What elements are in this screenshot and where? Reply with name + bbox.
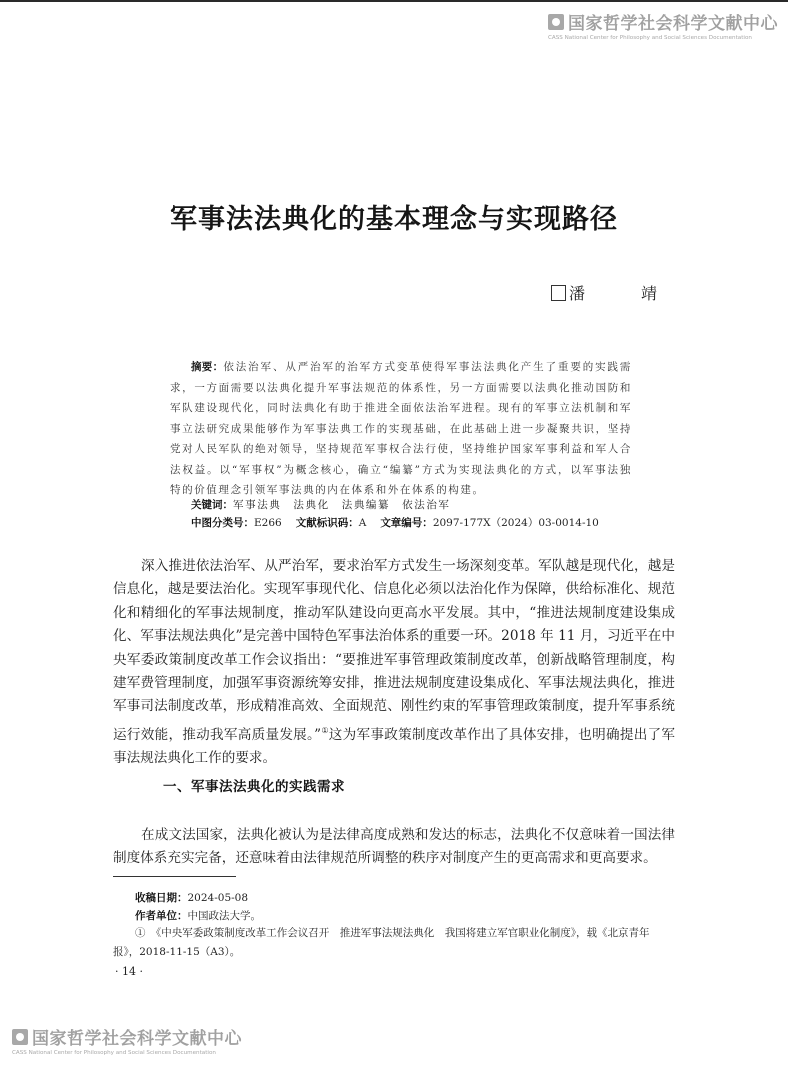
keyword: 法典编纂 — [342, 499, 390, 511]
watermark-en-text: CASS National Center for Philosophy and … — [12, 1050, 242, 1056]
abstract-label: 摘要： — [191, 361, 223, 373]
article-title: 军事法法典化的基本理念与实现路径 — [0, 197, 788, 236]
keyword: 军事法典 — [233, 499, 281, 511]
received-value: 2024-05-08 — [188, 892, 249, 904]
cass-logo-icon — [12, 1029, 28, 1045]
article-no-label: 文章编号： — [380, 517, 433, 529]
affiliation-label: 作者单位： — [135, 910, 188, 922]
section-heading-1: 一、军事法法典化的实践需求 — [163, 775, 345, 795]
body-paragraph-2: 在成文法国家，法典化被认为是法律高度成熟和发达的标志，法典化不仅意味着一国法律制… — [113, 824, 675, 871]
keywords-label: 关键词： — [191, 499, 233, 511]
clc-value: E266 — [254, 517, 282, 529]
watermark-en-text: CASS National Center for Philosophy and … — [548, 35, 778, 41]
doc-code-label: 文献标识码： — [296, 517, 359, 529]
abstract-text: 依法治军、从严治军的治军方式变革使得军事法法典化产生了重要的实践需求，一方面需要… — [170, 361, 632, 496]
body-paragraph-1: 深入推进依法治军、从严治军，要求治军方式发生一场深刻变革。军队越是现代化，越是信… — [113, 555, 675, 771]
affiliation-value: 中国政法大学。 — [188, 910, 262, 922]
cass-logo-icon — [548, 14, 564, 30]
abstract: 摘要：依法治军、从严治军的治军方式变革使得军事法法典化产生了重要的实践需求，一方… — [170, 357, 632, 501]
received-label: 收稿日期： — [135, 892, 188, 904]
footnote-1: ① 《中央军委政策制度改革工作会议召开 推进军事法规法典化 我国将建立军官职业化… — [113, 924, 675, 962]
top-border-rule — [0, 0, 788, 2]
clc-label: 中图分类号： — [191, 517, 254, 529]
classification-info: 中图分类号：E266文献标识码：A文章编号：2097-177X（2024）03-… — [191, 515, 599, 530]
footnote-divider — [113, 876, 236, 877]
doc-code-value: A — [359, 517, 367, 529]
author-line: 潘 靖 — [551, 281, 677, 304]
keyword: 法典化 — [293, 499, 329, 511]
paragraph-text: 深入推进依法治军、从严治军，要求治军方式发生一场深刻变革。军队越是现代化，越是信… — [113, 558, 675, 743]
author-box-icon — [551, 285, 566, 301]
watermark-header: 国家哲学社会科学文献中心 CASS National Center for Ph… — [548, 9, 778, 41]
watermark-cn-text: 国家哲学社会科学文献中心 — [32, 1024, 242, 1049]
page-number: · 14 · — [115, 965, 143, 978]
paragraph-text: 在成文法国家，法典化被认为是法律高度成熟和发达的标志，法典化不仅意味着一国法律制… — [113, 824, 675, 871]
keywords: 关键词：军事法典法典化法典编纂依法治军 — [191, 497, 463, 512]
keyword: 依法治军 — [402, 499, 450, 511]
author-name: 潘 靖 — [569, 284, 677, 303]
watermark-cn-text: 国家哲学社会科学文献中心 — [568, 9, 778, 34]
article-no-value: 2097-177X（2024）03-0014-10 — [433, 517, 599, 529]
received-date: 收稿日期：2024-05-08 — [135, 889, 697, 908]
watermark-footer: 国家哲学社会科学文献中心 CASS National Center for Ph… — [12, 1024, 242, 1056]
footnote-ref-1[interactable]: ① — [321, 726, 329, 735]
